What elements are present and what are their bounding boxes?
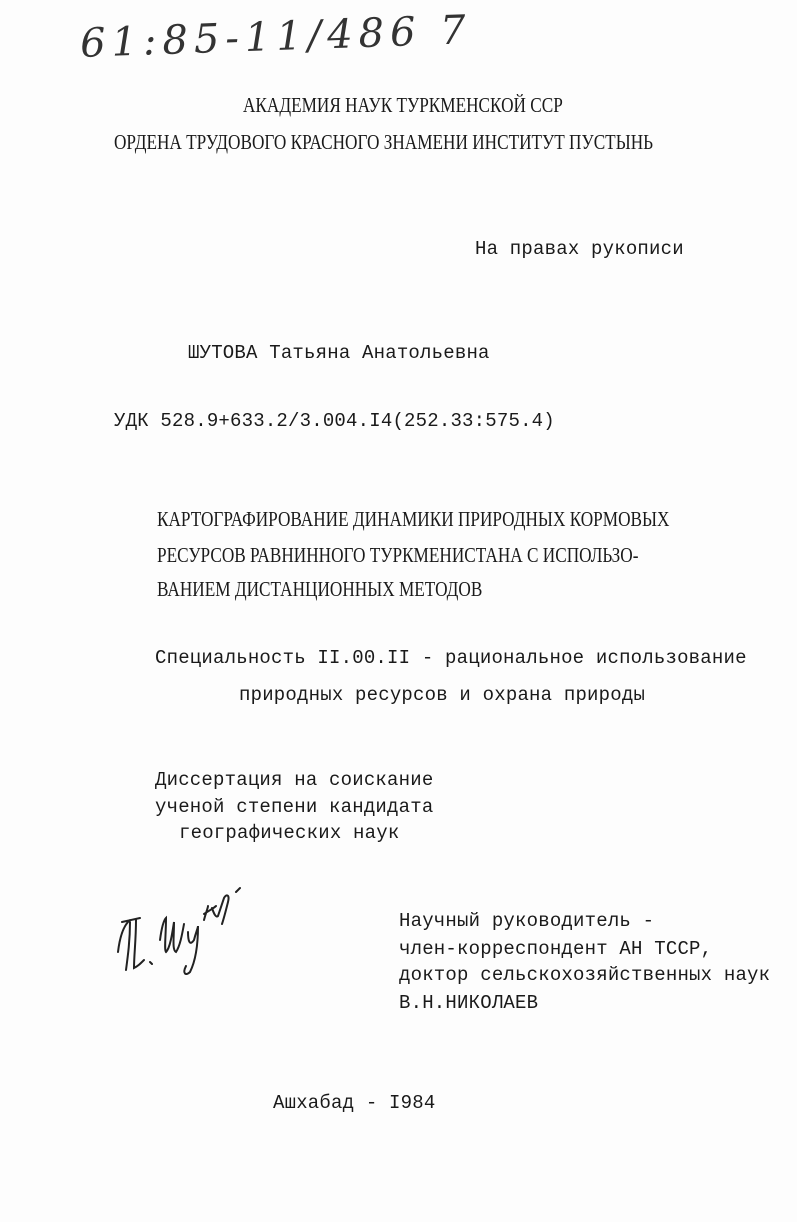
specialty-line-2: природных ресурсов и охрана природы xyxy=(239,684,645,706)
title-line-1: КАРТОГРАФИРОВАНИЕ ДИНАМИКИ ПРИРОДНЫХ КОР… xyxy=(157,507,669,532)
document-page: 61:85-11/486 7 АКАДЕМИЯ НАУК ТУРКМЕНСКОЙ… xyxy=(0,0,797,1222)
title-line-2: РЕСУРСОВ РАВНИННОГО ТУРКМЕНИСТАНА С ИСПО… xyxy=(157,543,638,568)
signature-icon xyxy=(100,880,300,980)
supervisor-line-1: Научный руководитель - xyxy=(399,910,654,932)
title-line-3: ВАНИЕМ ДИСТАНЦИОННЫХ МЕТОДОВ xyxy=(157,577,482,602)
dissertation-line-1: Диссертация на соискание xyxy=(155,769,433,791)
supervisor-line-2: член-корреспондент АН ТССР, xyxy=(399,938,712,960)
author-signature xyxy=(100,880,300,980)
specialty-line-1: Специальность II.00.II - рациональное ис… xyxy=(155,647,747,669)
supervisor-line-3: доктор сельскохозяйственных наук xyxy=(399,964,770,986)
academy-heading: АКАДЕМИЯ НАУК ТУРКМЕНСКОЙ ССР xyxy=(243,93,563,118)
author-name: ШУТОВА Татьяна Анатольевна xyxy=(188,342,490,364)
institute-heading: ОРДЕНА ТРУДОВОГО КРАСНОГО ЗНАМЕНИ ИНСТИТ… xyxy=(114,130,653,155)
dissertation-line-2: ученой степени кандидата xyxy=(155,796,433,818)
manuscript-note: На правах рукописи xyxy=(475,238,684,260)
supervisor-name: В.Н.НИКОЛАЕВ xyxy=(399,992,538,1014)
dissertation-line-3: географических наук xyxy=(179,822,399,844)
archive-number-handwritten: 61:85-11/486 7 xyxy=(79,7,472,67)
udc-code: УДК 528.9+633.2/3.004.I4(252.33:575.4) xyxy=(114,410,555,432)
place-and-year: Ашхабад - I984 xyxy=(273,1092,435,1114)
